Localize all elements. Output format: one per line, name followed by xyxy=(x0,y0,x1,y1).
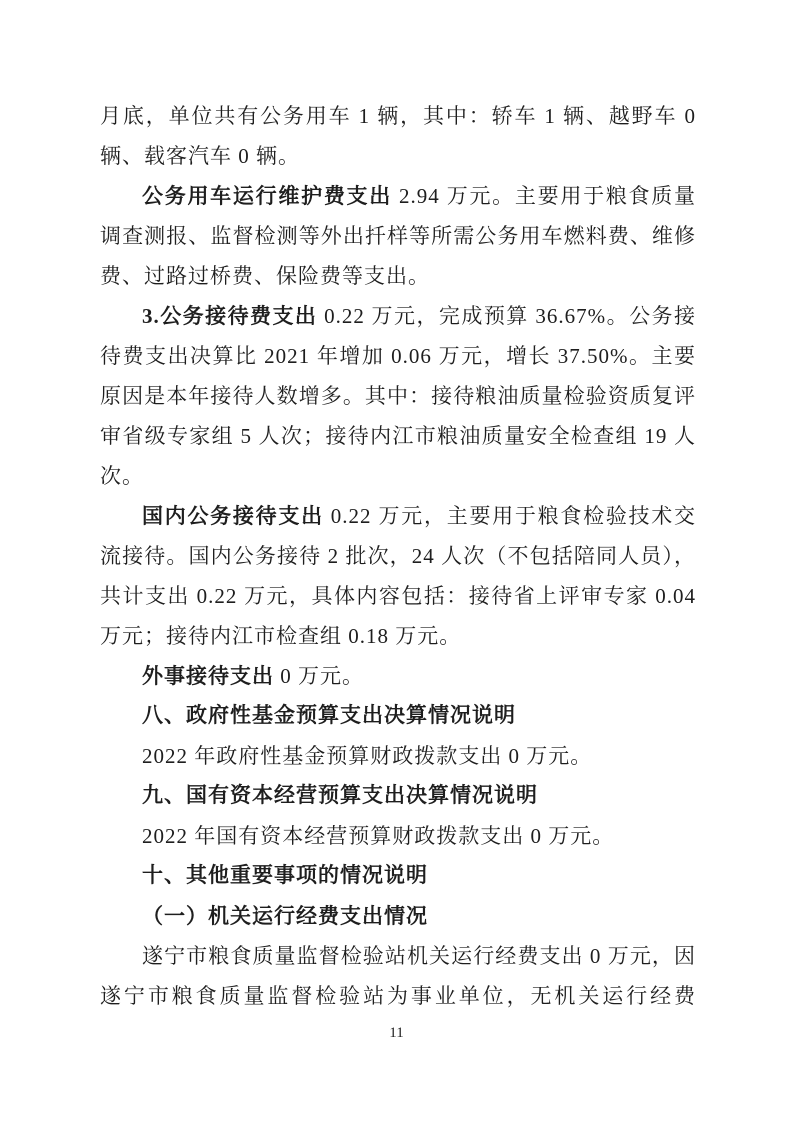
text-run: 2022 年政府性基金预算财政拨款支出 0 万元。 xyxy=(142,744,592,768)
bold-run: 3.公务接待费支出 xyxy=(142,304,317,328)
page-footer: 11 xyxy=(0,1022,793,1044)
bold-run: 九、国有资本经营预算支出决算情况说明 xyxy=(142,784,538,807)
section-heading: （一）机关运行经费支出情况 xyxy=(100,896,696,936)
paragraph: 月底，单位共有公务用车 1 辆，其中：轿车 1 辆、越野车 0 辆、载客汽车 0… xyxy=(100,96,696,176)
paragraph: 2022 年政府性基金预算财政拨款支出 0 万元。 xyxy=(100,736,696,776)
paragraph: 遂宁市粮食质量监督检验站机关运行经费支出 0 万元，因遂宁市粮食质量监督检验站为… xyxy=(100,936,696,1016)
text-run: 月底，单位共有公务用车 1 辆，其中：轿车 1 辆、越野车 0 辆、载客汽车 0… xyxy=(100,104,696,168)
bold-run: 国内公务接待支出 xyxy=(142,504,324,528)
bold-run: （一）机关运行经费支出情况 xyxy=(142,904,428,928)
bold-run: 十、其他重要事项的情况说明 xyxy=(142,864,428,887)
text-run: 遂宁市粮食质量监督检验站机关运行经费支出 0 万元，因遂宁市粮食质量监督检验站为… xyxy=(100,944,696,1008)
text-run: 2022 年国有资本经营预算财政拨款支出 0 万元。 xyxy=(142,824,614,848)
text-run: 0.22 万元，完成预算 36.67%。公务接待费支出决算比 2021 年增加 … xyxy=(100,304,696,488)
paragraph: 外事接待支出 0 万元。 xyxy=(100,656,696,696)
document-page: 月底，单位共有公务用车 1 辆，其中：轿车 1 辆、越野车 0 辆、载客汽车 0… xyxy=(0,0,793,1122)
section-heading: 十、其他重要事项的情况说明 xyxy=(100,856,696,896)
page-number: 11 xyxy=(389,1025,403,1041)
paragraph: 3.公务接待费支出 0.22 万元，完成预算 36.67%。公务接待费支出决算比… xyxy=(100,296,696,496)
paragraph: 公务用车运行维护费支出 2.94 万元。主要用于粮食质量调查测报、监督检测等外出… xyxy=(100,176,696,296)
section-heading: 九、国有资本经营预算支出决算情况说明 xyxy=(100,776,696,816)
bold-run: 外事接待支出 xyxy=(142,664,274,688)
paragraph: 2022 年国有资本经营预算财政拨款支出 0 万元。 xyxy=(100,816,696,856)
bold-run: 八、政府性基金预算支出决算情况说明 xyxy=(142,704,516,727)
bold-run: 公务用车运行维护费支出 xyxy=(142,184,392,208)
section-heading: 八、政府性基金预算支出决算情况说明 xyxy=(100,696,696,736)
paragraph: 国内公务接待支出 0.22 万元，主要用于粮食检验技术交流接待。国内公务接待 2… xyxy=(100,496,696,656)
document-body: 月底，单位共有公务用车 1 辆，其中：轿车 1 辆、越野车 0 辆、载客汽车 0… xyxy=(100,96,696,1016)
text-run: 0 万元。 xyxy=(274,664,364,688)
